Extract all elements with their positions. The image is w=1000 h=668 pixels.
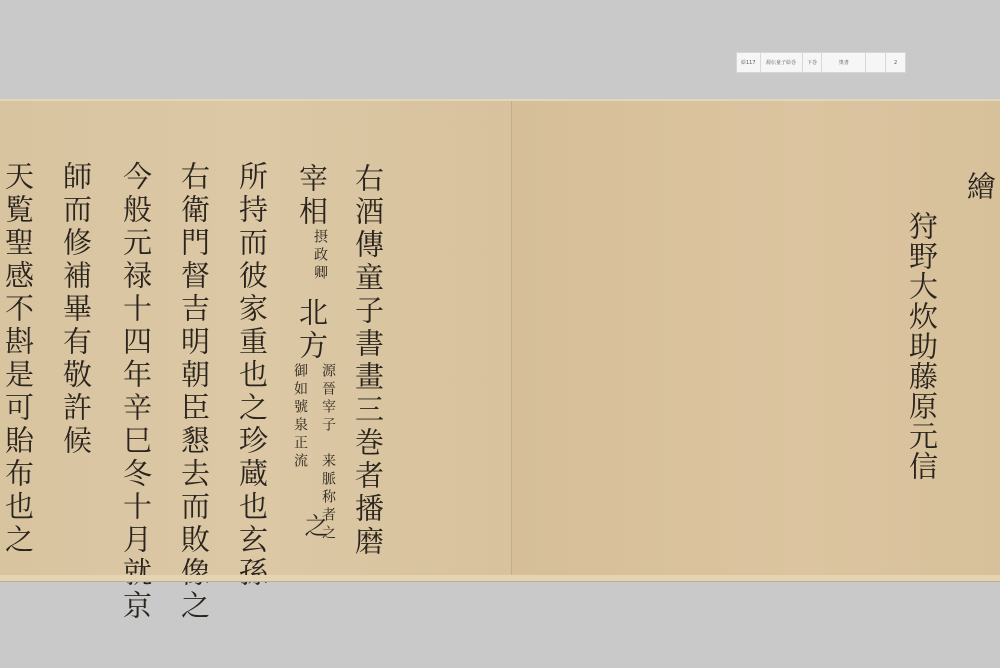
colophon-column-5: 今般元禄十四年辛巳冬十月就京 (116, 161, 157, 623)
label-cell-blank (866, 53, 886, 72)
label-cell-title: 源伝童子絵巻 (761, 53, 803, 72)
colophon-panel: 右酒傳童子書畫三巻者播磨 宰相 摂政卿 北方 源晉宰子 来脈称者之 御如號泉正流… (0, 101, 512, 580)
colophon-column-6: 師而修補畢有敬許候 (56, 161, 97, 458)
colophon-column-2f: 之 (297, 513, 332, 541)
colophon-column-1: 右酒傳童子書畫三巻者播磨 (348, 163, 389, 559)
colophon-column-7: 天覧聖感不斟是可貽布也之 (0, 161, 39, 557)
colophon-column-2b: 摂政卿 (310, 229, 330, 283)
signature-panel: 繪 狩野大炊助藤原元信 (512, 101, 1000, 580)
artist-signature: 狩野大炊助藤原元信 (902, 211, 943, 481)
colophon-column-3: 所持而彼家重也之珍蔵也玄孫 (232, 161, 273, 590)
catalog-label-strip: 絵117 源伝童子絵巻 下巻 奥書 2 (736, 52, 906, 73)
colophon-column-4: 右衛門督吉明朝臣懇去而敗像之 (174, 161, 215, 623)
label-cell-volume: 下巻 (803, 53, 823, 72)
colophon-column-2c: 北方 (292, 297, 333, 363)
label-cell-page: 2 (886, 53, 905, 72)
colophon-column-2e: 御如號泉正流 (290, 363, 310, 471)
signature-title: 繪 (960, 171, 1000, 204)
scroll-bottom-edge (0, 575, 1000, 582)
label-cell-section: 奥書 (822, 53, 866, 72)
handscroll: 右酒傳童子書畫三巻者播磨 宰相 摂政卿 北方 源晉宰子 来脈称者之 御如號泉正流… (0, 99, 1000, 580)
label-cell-id: 絵117 (737, 53, 761, 72)
colophon-column-2a: 宰相 (292, 163, 333, 229)
